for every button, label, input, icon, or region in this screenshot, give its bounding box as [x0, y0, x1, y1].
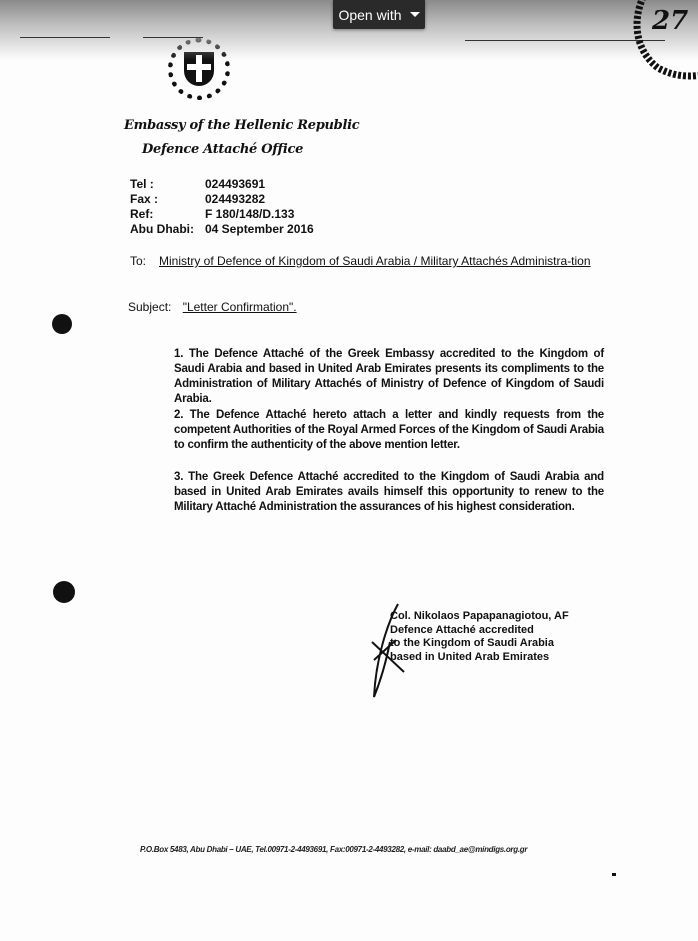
- fax-value: 024493282: [205, 192, 265, 207]
- letter-meta: Tel :024493691 Fax :024493282 Ref:F 180/…: [130, 177, 314, 237]
- punch-hole-mark: [52, 314, 72, 334]
- ref-label: Ref:: [130, 207, 205, 222]
- scanned-document: 27 Embassy of the Hellenic Republic Defe…: [0, 0, 698, 941]
- greek-coat-of-arms-icon: [168, 38, 230, 100]
- page-stamp-number: 27: [652, 6, 688, 36]
- letter-footer: P.O.Box 5483, Abu Dhabi – UAE, Tel.00971…: [140, 845, 527, 854]
- signature-name: Col. Nikolaos Papapanagiotou, AF: [390, 610, 569, 624]
- scan-artifact: [20, 37, 110, 38]
- open-with-label: Open with: [338, 7, 401, 23]
- signature-location: based in United Arab Emirates: [390, 651, 569, 665]
- subject: Subject: "Letter Confirmation".: [128, 300, 297, 314]
- scan-artifact: [143, 37, 203, 38]
- letterhead-embassy: Embassy of the Hellenic Republic: [124, 114, 359, 138]
- fax-label: Fax :: [130, 192, 205, 207]
- scan-artifact: [612, 873, 616, 876]
- date-value: 04 September 2016: [205, 222, 314, 237]
- signature-accreditation: to the Kingdom of Saudi Arabia: [390, 637, 569, 651]
- open-with-button[interactable]: Open with: [333, 0, 425, 29]
- to-label: To:: [130, 254, 146, 269]
- to-value: Ministry of Defence of Kingdom of Saudi …: [159, 254, 609, 269]
- place-label: Abu Dhabi:: [130, 222, 205, 237]
- ref-value: F 180/148/D.133: [205, 207, 294, 222]
- paragraph-3: 3. The Greek Defence Attaché accredited …: [124, 470, 604, 515]
- subject-label: Subject:: [128, 300, 171, 314]
- handwritten-signature-icon: [368, 602, 408, 702]
- subject-value: "Letter Confirmation".: [183, 300, 297, 314]
- paragraph-1: 1. The Defence Attaché of the Greek Emba…: [124, 347, 604, 407]
- tel-value: 024493691: [205, 177, 265, 192]
- punch-hole-mark: [53, 581, 75, 603]
- signature-title: Defence Attaché accredited: [390, 624, 569, 638]
- caret-down-icon: [410, 12, 420, 17]
- letterhead: Embassy of the Hellenic Republic Defence…: [124, 114, 359, 162]
- tel-label: Tel :: [130, 177, 205, 192]
- letterhead-office: Defence Attaché Office: [124, 138, 359, 162]
- paragraph-2: 2. The Defence Attaché hereto attach a l…: [124, 408, 604, 453]
- signature-block: Col. Nikolaos Papapanagiotou, AF Defence…: [390, 610, 569, 664]
